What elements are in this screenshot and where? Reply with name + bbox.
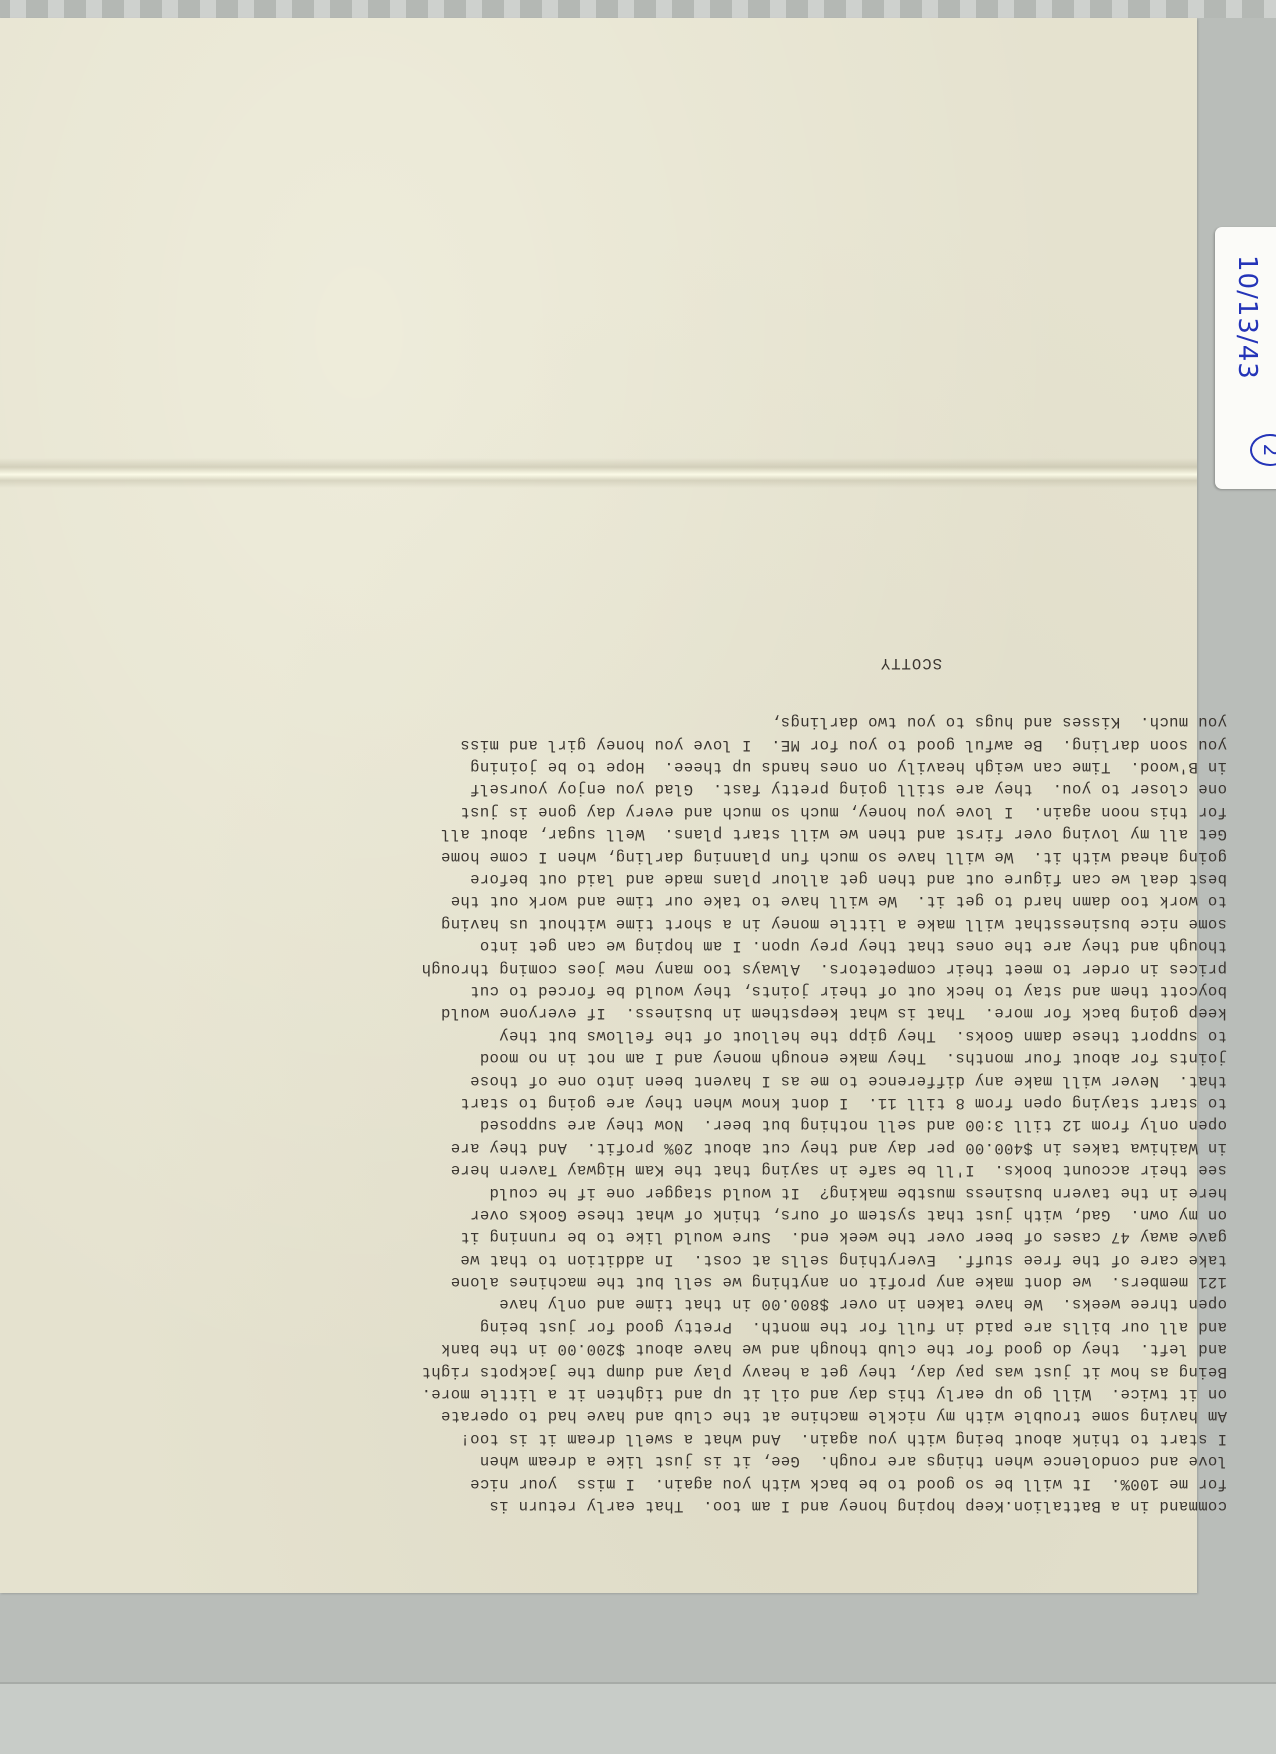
letter-line: open only from 12 till 3:00 and sell not… — [112, 1114, 1227, 1136]
letter-line: going ahead with it. We will have so muc… — [112, 845, 1227, 867]
letter-line: best deal we can figure out and then get… — [112, 868, 1227, 890]
letter-line: prices in order to meet their competetor… — [112, 957, 1227, 979]
letter-line: in Waihiwa takes in $400.00 per day and … — [112, 1136, 1227, 1158]
letter-line: command in a Battalion.Keep hoping honey… — [112, 1495, 1227, 1517]
letter-line: for me 100%. It will be so good to be ba… — [112, 1472, 1227, 1494]
letter-line: see their account books. I'll be safe in… — [112, 1159, 1227, 1181]
typed-letter-body: command in a Battalion.Keep hoping honey… — [112, 527, 1227, 1517]
letter-line: here in the tavern business mustbe makin… — [112, 1181, 1227, 1203]
archive-label-date: 10/13/43 — [1232, 255, 1262, 380]
letter-line: on my own. Gad, with just that system of… — [112, 1204, 1227, 1226]
letter-line: and all our bills are paid in full for t… — [112, 1315, 1227, 1337]
letter-line: to support these damn Gooks. They gipp t… — [112, 1024, 1227, 1046]
letter-line: Am having some trouble with my nickle ma… — [112, 1405, 1227, 1427]
letter-line: for this noon again. I love you honey, m… — [112, 801, 1227, 823]
letter-line: joints for about four months. They make … — [112, 1047, 1227, 1069]
letter-line: and left. they do good for the club thou… — [112, 1338, 1227, 1360]
scanner-bed-edge — [0, 1684, 1276, 1754]
letter-line: Get all my loving over first and then we… — [112, 823, 1227, 845]
scanner-strip — [0, 0, 1276, 18]
letter-line: though and they are the ones that they p… — [112, 935, 1227, 957]
letter-line: that. Never will make any difference to … — [112, 1069, 1227, 1091]
letter-line: you soon darling. Be awful good to you f… — [112, 733, 1227, 755]
signature: SCOTTY — [112, 652, 1227, 674]
letter-line: you much. Kisses and hugs to you two dar… — [112, 711, 1227, 733]
letter-line: to work too damn hard to get it. We will… — [112, 890, 1227, 912]
letter-line: keep going back for more. That is what k… — [112, 1002, 1227, 1024]
fold-crease — [0, 458, 1197, 488]
letter-line: in B'wood. Time can weigh heavily on one… — [112, 756, 1227, 778]
letter-line: love and condolence when things are roug… — [112, 1450, 1227, 1472]
letter-line: take care of the free stuff. Everything … — [112, 1248, 1227, 1270]
letter-line: to start staying open from 8 till 11. I … — [112, 1092, 1227, 1114]
letter-line: Being as how it just was pay day, they g… — [112, 1360, 1227, 1382]
letter-line: boycott them and stay to heck out of the… — [112, 980, 1227, 1002]
letter-line: gave away 47 cases of beer over the week… — [112, 1226, 1227, 1248]
letter-line: open three weeks. We have taken in over … — [112, 1293, 1227, 1315]
letter-line: I start to think about being with you ag… — [112, 1427, 1227, 1449]
letter-line: one closer to you. they are still going … — [112, 778, 1227, 800]
letter-line: on it twice. Will go up early this day a… — [112, 1383, 1227, 1405]
letter-line: some nice businessthat will make a littl… — [112, 912, 1227, 934]
letter-line: 121 members. we dont make any profit on … — [112, 1271, 1227, 1293]
